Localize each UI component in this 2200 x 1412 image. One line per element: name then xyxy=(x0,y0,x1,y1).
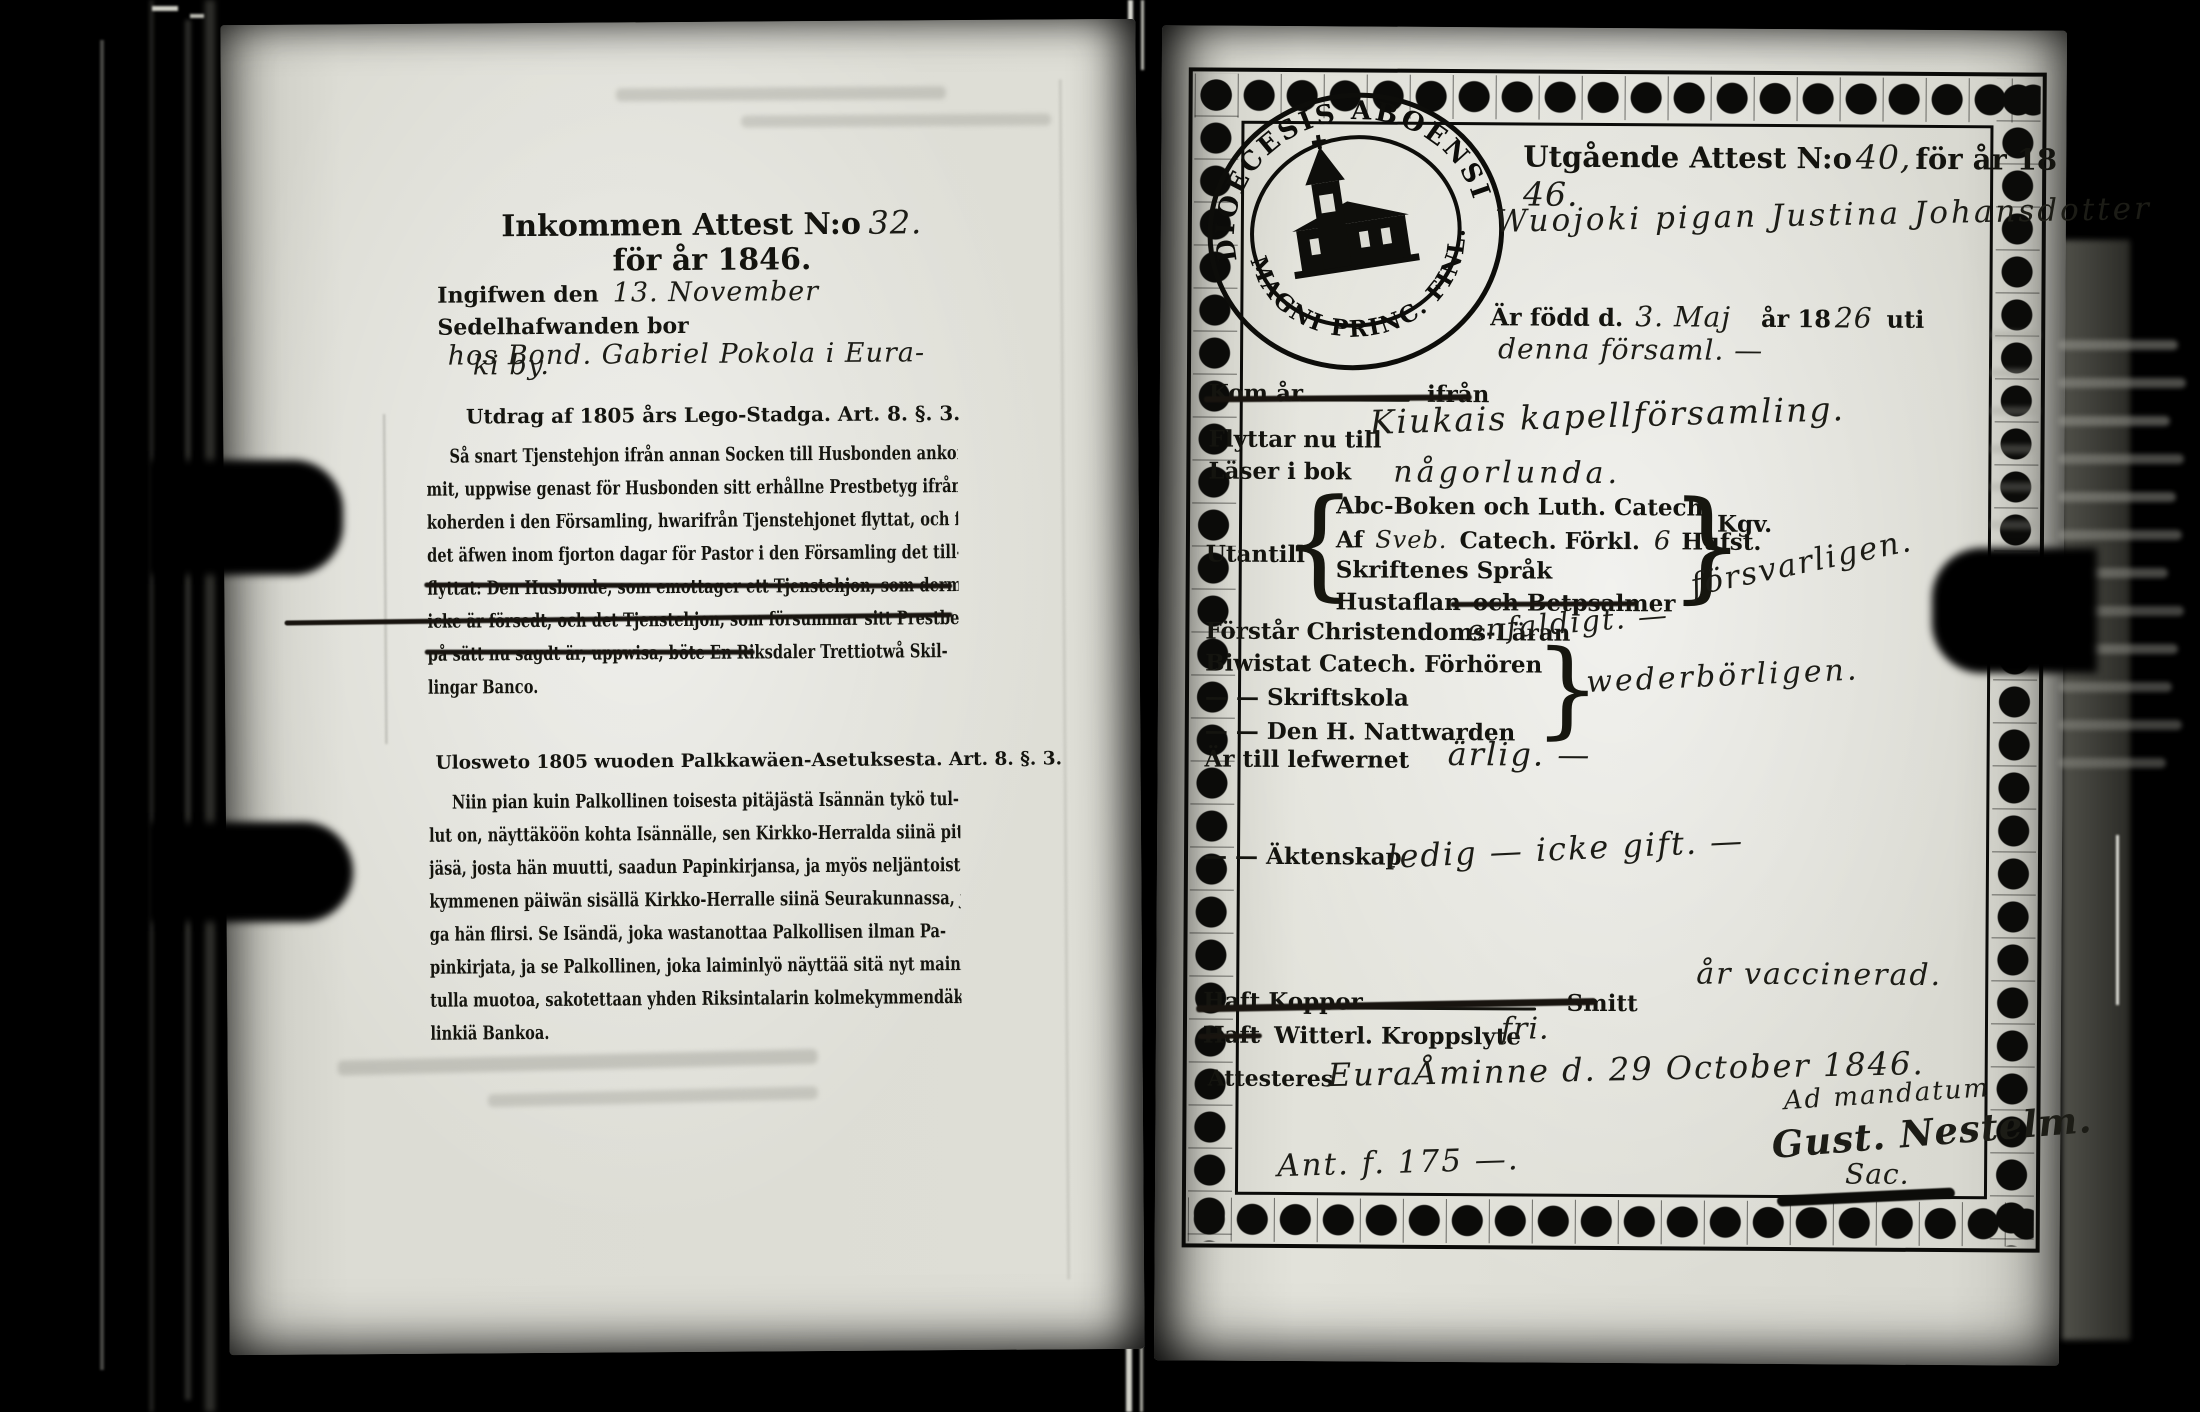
page-crease xyxy=(383,414,387,744)
bleedthrough-text xyxy=(2058,758,2166,768)
finnish-heading: Ulosweto 1805 wuoden Palkkawäen-Asetukse… xyxy=(435,749,995,774)
bleedthrough-text xyxy=(2058,682,2172,692)
aktenskap-label: — — Äktenskap xyxy=(1204,843,1402,871)
biwistat-label: Biwistat Catech. Förhören xyxy=(1205,650,1542,679)
bleedthrough-text xyxy=(1989,520,2037,529)
ingifwen-line: Ingifwen den 13. November xyxy=(437,276,819,310)
utantill-line-2-hw: Sveb. xyxy=(1375,526,1447,554)
utantill-line-1: Abc-Boken och Luth. Catech. xyxy=(1336,492,1711,521)
page-stack-edge xyxy=(205,0,215,1412)
film-mark xyxy=(152,6,178,11)
paragraph-line: det äfwen inom fjorton dagar för Pastor … xyxy=(427,536,959,573)
paragraph-line: kymmenen päiwän sisällä Kirkko-Herralle … xyxy=(429,882,961,919)
utantill-line-4-a: Hustaflan xyxy=(1335,588,1460,616)
born-label-2: år 18 xyxy=(1761,304,1831,333)
paragraph-line: Så snart Tjenstehjon ifrån annan Socken … xyxy=(426,437,958,474)
sedelhafwande-label: Sedelhafwanden bor xyxy=(437,313,688,341)
ingifwen-label: Ingifwen den xyxy=(437,282,599,309)
utantill-line-3: Skriftenes Språk xyxy=(1336,556,1553,584)
utantill-line-2-a: Af xyxy=(1336,526,1364,553)
kom-label: Kom år xyxy=(1209,380,1303,408)
skriftskola-label: — — Skriftskola xyxy=(1205,684,1409,712)
born-line: Är född d. 3. Maj år 18 26 uti denna för… xyxy=(1490,299,2065,369)
bleedthrough-text xyxy=(1989,482,2039,491)
page-crease xyxy=(1059,79,1070,1279)
gutter-highlight xyxy=(1141,0,1144,70)
paragraph-line: ga hän flirsi. Se Isändä, joka wastanott… xyxy=(430,915,962,952)
flyttar-label: Flyttar nu till xyxy=(1208,426,1381,454)
paragraph-line: tulla muotoa, sakotettaan yhden Riksinta… xyxy=(430,981,962,1018)
bleedthrough-handwriting xyxy=(488,1086,818,1107)
right-page: DIOECESIS ABOENSIS MAGNI PRINC. FINL. U xyxy=(1154,25,2067,1366)
paragraph-line: lingar Banco. xyxy=(428,668,960,705)
attest-title: Inkommen Attest N:o 32. för år 1846. xyxy=(432,203,992,280)
attest-title-suffix: för år 1846. xyxy=(612,242,811,278)
attest-title-prefix: Inkommen Attest N:o xyxy=(501,207,861,245)
pen-strike xyxy=(425,650,755,655)
bleedthrough-handwriting xyxy=(338,1049,818,1076)
paragraph-line: linkiä Bankoa. xyxy=(430,1014,962,1051)
bleedthrough-text xyxy=(741,113,1051,127)
attest-header-number: 40, xyxy=(1856,137,1912,176)
film-mark xyxy=(190,14,204,18)
paragraph-line: lut on, näyttäköön kohta Isännälle, sen … xyxy=(429,816,961,853)
born-parish: denna församl. — xyxy=(1498,332,1763,367)
paragraph-line: mit, uppwise genast för Husbonden sitt e… xyxy=(427,470,959,507)
vaccinerad-value: år vaccinerad. xyxy=(1696,957,1942,994)
diocese-seal-graphic: DIOECESIS ABOENSIS MAGNI PRINC. FINL. xyxy=(1181,65,1531,398)
paragraph-line: koherden i den Församling, hwarifrån Tje… xyxy=(427,503,959,540)
born-label: Är född d. xyxy=(1490,302,1623,332)
dot-border-bottom xyxy=(1188,1197,2034,1246)
film-scratch xyxy=(150,0,153,1412)
bleedthrough-text xyxy=(2058,378,2186,388)
kgv-label: Kgv. xyxy=(1717,511,1772,538)
film-clamp xyxy=(1932,548,2097,673)
diocese-seal: DIOECESIS ABOENSIS MAGNI PRINC. FINL. xyxy=(1181,65,1531,398)
swedish-paragraph: Så snart Tjenstehjon ifrån annan Socken … xyxy=(426,437,959,705)
bleedthrough-text xyxy=(2058,416,2170,426)
bleedthrough-text xyxy=(2058,454,2184,464)
ingifwen-value: 13. November xyxy=(613,276,820,308)
attest-header-mid: för år 18 xyxy=(1915,142,2057,177)
born-date: 3. Maj xyxy=(1635,300,1731,334)
paragraph-line: Niin pian kuin Palkollinen toisesta pitä… xyxy=(429,783,961,820)
film-edge-strip xyxy=(2062,240,2130,1340)
lefwerne-value: ärlig. — xyxy=(1448,735,1592,774)
bleedthrough-text xyxy=(1990,330,2040,339)
left-page: Inkommen Attest N:o 32. för år 1846. Ing… xyxy=(220,19,1144,1355)
attest-header-prefix: Utgående Attest N:o xyxy=(1523,139,1852,175)
bleedthrough-text xyxy=(616,86,946,101)
swedish-heading: Utdrag af 1805 års Lego-Stadga. Art. 8. … xyxy=(433,401,993,429)
sedelhafwande-value-2: ki by. xyxy=(473,350,550,382)
film-scratch xyxy=(100,40,104,1370)
born-label-3: uti xyxy=(1886,305,1924,334)
bleedthrough-text xyxy=(1990,406,2040,415)
bleedthrough-text xyxy=(2058,720,2182,730)
film-clamp xyxy=(148,460,343,575)
bleedthrough-text xyxy=(2058,530,2182,540)
bleedthrough-text xyxy=(2058,340,2178,350)
finnish-paragraph: Niin pian kuin Palkollinen toisesta pitä… xyxy=(429,783,962,1051)
page-stack-edge xyxy=(185,20,191,1400)
lefwerne-label: Är till lefwernet xyxy=(1205,746,1410,774)
bleedthrough-text xyxy=(1989,444,2035,453)
film-scratch xyxy=(2116,835,2119,1005)
film-clamp xyxy=(148,822,353,922)
attesteres-label: Attesteres xyxy=(1208,1066,1334,1093)
signature-line-3: Sac. xyxy=(1845,1157,1910,1190)
kroppslyte-label-b: Witterl. Kroppslyte xyxy=(1274,1022,1521,1051)
paragraph-line: pinkirjata, ja se Palkollinen, joka laim… xyxy=(430,948,962,985)
born-year: 26 xyxy=(1835,301,1873,334)
bleedthrough-text xyxy=(1990,368,2038,377)
pen-strike xyxy=(424,582,952,588)
kroppslyte-value: fri. xyxy=(1501,1011,1550,1046)
pen-strike xyxy=(1198,1033,1262,1039)
attest-number: 32. xyxy=(868,203,922,241)
laser-value: någorlunda. xyxy=(1393,455,1621,491)
paragraph-line: jäsä, josta hän muutti, saadun Papinkirj… xyxy=(429,849,961,886)
utantill-line-2-b: Catech. Förkl. xyxy=(1459,527,1640,555)
bleedthrough-text xyxy=(2058,492,2176,502)
annotation-value: Ant. f. 175 —. xyxy=(1277,1141,1520,1184)
